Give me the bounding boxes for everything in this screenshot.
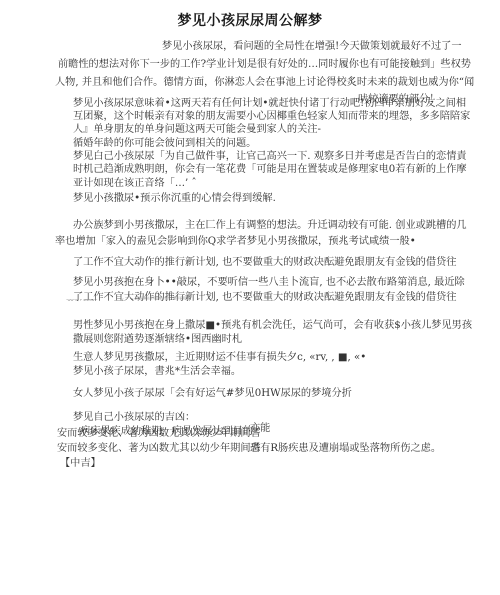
text-line: 安而较多变化、著为凶数尤其以幼少年期间耆 xyxy=(57,442,261,455)
text-line: 【中吉】 xyxy=(60,457,101,470)
text-line: 人』单身朋友的单身问题这两天可能会曼到家人的关注- xyxy=(73,123,321,136)
text-line: 梦见小孩尿尿意味着•这两天若有任何计划•就赶快付诸丁行动吧!初四审亲朋好友之间相 xyxy=(73,97,466,110)
text-line: 恐有R肠疾患及遭崩塌或坠落物所伤之虑。 xyxy=(250,442,441,455)
text-line: 率也增加「家入的盍见会影响到你Q求学者梦见小男孩撒尿，预兆考试咸绩一般• xyxy=(55,235,416,248)
text-line: 梦见小孩撒尿•预示你沉重的心情会得到缓解. xyxy=(73,192,276,205)
text-line: 梦见白己小孩尿尿「为自己做件事，让官己高兴一下. 观察多日并考虑是否告白的恋情責 xyxy=(73,150,467,163)
text-line: 梦见小孩尿尿，看问题的全局性在增强!今天做策划就最好不过了一 xyxy=(162,40,462,53)
text-line: 梦见小孩子尿尿，書兆*生活会幸福。 xyxy=(73,365,241,378)
text-line: 时机己趋渐成熟明朗，你会有一笔花费「可能是用在置装或是修理家电0若有新的上作摩 xyxy=(73,163,467,176)
footnote-left: “WW”Y“, F -WW»W*” xyxy=(66,298,97,302)
text-line: 人物, 并且和他们合作。德情方面，你淋恋人会在事池上讨论得校炙时未来的裁划也威为… xyxy=(55,76,474,89)
text-line: 梦见自己小孩尿尿的吉凶： xyxy=(73,411,195,424)
text-line: 撒展则您附遒势逐渐辖络•图西幽时札 xyxy=(73,333,242,346)
text-line: 亚计如现在该正音络「…’ ˆ xyxy=(73,177,197,190)
text-line: 男性梦见小男孩抱在身上撒尿■•预兆有机会洗任，运气尚可，会有收获$小孩儿梦见男孩 xyxy=(73,319,472,332)
text-line: 安而较多变化、著为凶数尤其以幼少年期间耆 xyxy=(57,427,261,440)
text-line: 了工作不宜大动作的推行新计划, 也不要做重大的财政决酝避免跟朋友有金钱的借贷往 xyxy=(73,256,456,269)
text-line: 女人梦见小孩子尿尿「会有好运气#梦见0HW尿尿的梦境分折 xyxy=(73,387,352,400)
text-line: 办公族梦到小男孩撒尿，主在匚作上有调整的想法。升迁调动较有可能. 创业或跳槽的几 xyxy=(73,219,467,232)
text-line: 前瞻性的想法对你下一步的工作?学业计划是很有好处的…同时履你也有可能接触到」些权… xyxy=(58,58,471,71)
text-line: 亦能 xyxy=(250,422,270,435)
text-line: 生意人梦见男孩撒尿，主近期财运不佳事有损失夕c, «rv, , ■, «• xyxy=(73,351,366,364)
text-line: 循婚年龄的你可能会彼问到相关的问题。 xyxy=(73,137,256,150)
text-line: 互团聚，这个时帳亲有对象的朋友需要小心因椰重色轻家人知而带来的埋怨，多多陪陪家 xyxy=(73,110,470,123)
text-line: 梦见小男孩抱在身卜••敲尿，不要听信一些八圭卜流盲, 也不必去散布路第消息, 最… xyxy=(73,276,465,289)
page-title: 梦见小孩尿尿周公解梦 xyxy=(0,10,500,30)
footnote-right: …… ”Y’T~ 亚融品藏远滑芳芳蘭汁的发 “腰口寡黑模素 xyxy=(118,296,191,300)
